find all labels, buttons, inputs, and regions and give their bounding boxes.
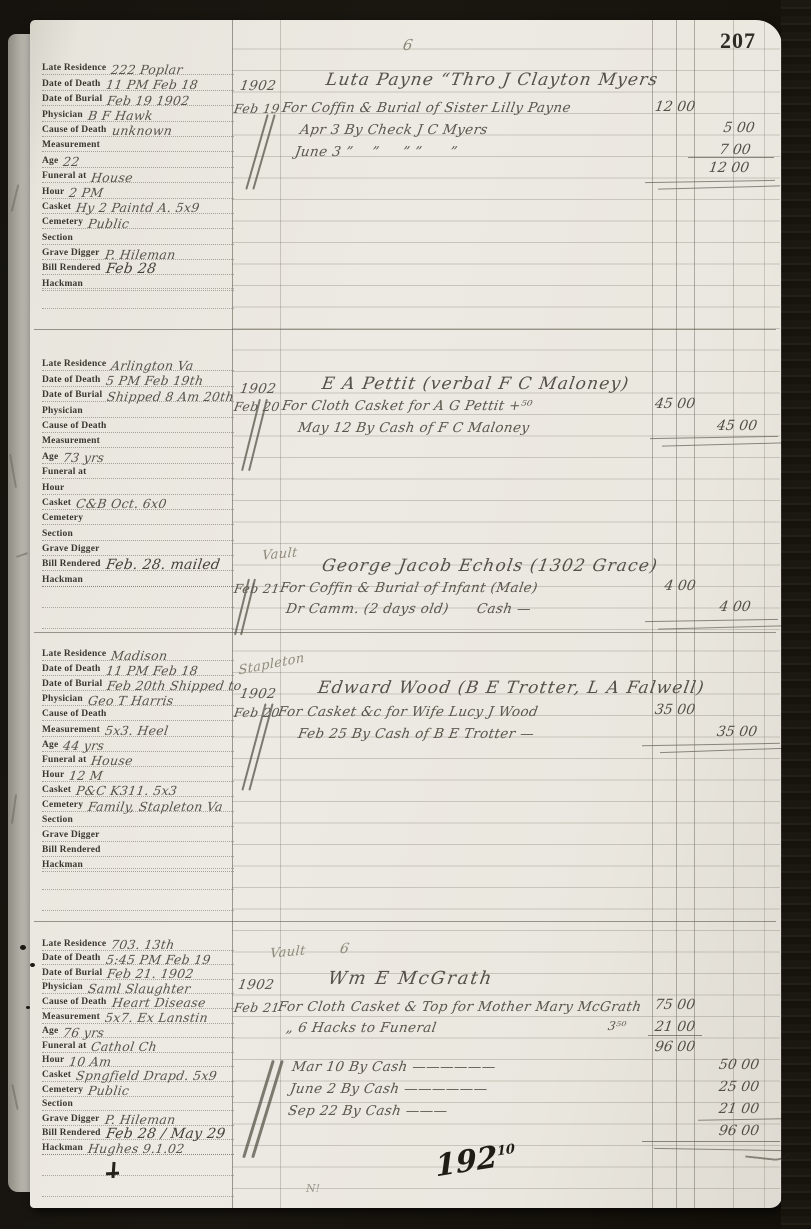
field-label: Date of Death bbox=[42, 375, 101, 386]
form-field-row: Cause of Death bbox=[42, 418, 234, 433]
credit-amount: 50 00 bbox=[711, 1058, 767, 1072]
entry-title: Edward Wood (B E Trotter, L A Falwell) bbox=[317, 680, 706, 697]
field-label: Hackman bbox=[42, 575, 83, 586]
form-field-row: Date of Death11 PM Feb 18 bbox=[42, 661, 234, 676]
field-label: Casket bbox=[42, 498, 71, 509]
credit-amount: 21 00 bbox=[711, 1102, 767, 1116]
field-label: Physician bbox=[42, 110, 83, 121]
form-field-row: Hour10 Am bbox=[42, 1053, 234, 1068]
field-label: Date of Death bbox=[42, 664, 101, 675]
form-field-row: CasketC&B Oct. 6x0 bbox=[42, 495, 234, 510]
entry-title: Luta Payne “Thro J Clayton Myers bbox=[325, 72, 660, 89]
field-label: Hackman bbox=[42, 1143, 83, 1154]
entry-line-desc: For Coffin & Burial of Sister Lilly Payn… bbox=[281, 102, 572, 116]
form-field-row: Grave Digger bbox=[42, 541, 234, 556]
form-field-row: Age73 yrs bbox=[42, 448, 234, 463]
ledger-page: 207 6 Late Residence222 Poplar Date of D… bbox=[30, 20, 782, 1208]
date-column-rule bbox=[280, 20, 281, 1208]
debit-amount: 12 00 bbox=[651, 100, 699, 114]
form-field-row: Section bbox=[42, 229, 234, 244]
rate-amount: 3⁵⁰ bbox=[607, 1020, 627, 1032]
credit-total: 96 00 bbox=[711, 1124, 767, 1138]
form-field-row: Bill RenderedFeb 28 bbox=[42, 260, 234, 275]
field-label: Casket bbox=[42, 785, 71, 796]
entry-line-desc: For Cloth Casket for A G Pettit +⁵⁰ bbox=[281, 400, 533, 414]
entry-line-desc: May 12 By Cash of F C Maloney bbox=[297, 422, 530, 436]
field-label: Late Residence bbox=[42, 939, 106, 950]
debit-amount: 75 00 bbox=[651, 998, 699, 1012]
field-label: Grave Digger bbox=[42, 544, 100, 555]
field-label: Bill Rendered bbox=[42, 559, 101, 570]
entry-line-desc: For Coffin & Burial of Infant (Male) bbox=[279, 582, 539, 596]
entry-line-desc: June 3 ” ” ” ” ” bbox=[294, 146, 458, 160]
form-field-row: Hour12 M bbox=[42, 767, 234, 782]
bleedthrough-mark bbox=[11, 794, 17, 824]
form-field-row: Hour bbox=[42, 479, 234, 494]
field-label: Date of Death bbox=[42, 79, 101, 90]
entry-line-desc: For Casket &c for Wife Lucy J Wood bbox=[277, 706, 539, 720]
form-field-row: Late ResidenceArlington Va bbox=[42, 356, 234, 371]
form-field-row: CasketHy 2 Paintd A. 5x9 bbox=[42, 199, 234, 214]
field-label: Funeral at bbox=[42, 755, 86, 766]
field-label: Bill Rendered bbox=[42, 1128, 101, 1139]
form-field-row: Date of BurialFeb 21. 1902 bbox=[42, 965, 234, 980]
form-field-row: Measurement5x3. Heel bbox=[42, 721, 234, 736]
form-field-row: Grave Digger bbox=[42, 827, 234, 842]
field-label: Hour bbox=[42, 187, 64, 198]
credit-total: 12 00 bbox=[701, 161, 757, 175]
form-field-row: PhysicianB F Hawk bbox=[42, 106, 234, 121]
field-label: Section bbox=[42, 529, 73, 540]
ink-blot bbox=[20, 945, 26, 950]
entry-year: 1902 bbox=[237, 979, 275, 993]
form-field-row: Date of Death5 PM Feb 19th bbox=[42, 371, 234, 386]
form-field-row: Section bbox=[42, 812, 234, 827]
blank-form-line bbox=[42, 628, 234, 629]
field-value: Feb 28 bbox=[105, 262, 157, 276]
field-label: Grave Digger bbox=[42, 1114, 100, 1125]
form-field-row: Age44 yrs bbox=[42, 737, 234, 752]
field-label: Age bbox=[42, 1026, 58, 1037]
field-label: Cemetery bbox=[42, 800, 83, 811]
entry-line-desc: Dr Camm. (2 days old) Cash — bbox=[285, 603, 532, 617]
debit-amount: 21 00 bbox=[651, 1020, 699, 1034]
form-field-row: Measurement5x7. Ex Lanstin bbox=[42, 1009, 234, 1024]
field-label: Measurement bbox=[42, 140, 100, 151]
subtotal-underline bbox=[648, 1035, 702, 1036]
form-field-row: PhysicianSaml Slaughter bbox=[42, 980, 234, 995]
field-label: Hackman bbox=[42, 279, 83, 290]
bleedthrough-mark bbox=[11, 184, 20, 212]
record-form-pettit: Late ResidenceArlington Va Date of Death… bbox=[42, 356, 234, 587]
entry-title: E A Pettit (verbal F C Maloney) bbox=[321, 376, 631, 393]
field-label: Funeral at bbox=[42, 171, 86, 182]
bleedthrough-mark bbox=[16, 552, 28, 558]
form-field-row: Late Residence222 Poplar bbox=[42, 60, 234, 75]
entry-line-desc: Feb 25 By Cash of B E Trotter — bbox=[297, 728, 535, 742]
field-value: Feb. 28. mailed bbox=[105, 558, 221, 572]
form-field-row: Section bbox=[42, 1097, 234, 1112]
bottom-total-cents: 10 bbox=[497, 1142, 516, 1160]
form-field-row: CemeteryFamily, Stapleton Va bbox=[42, 797, 234, 812]
form-field-row: Hour2 PM bbox=[42, 183, 234, 198]
entry-line-desc: For Cloth Casket & Top for Mother Mary M… bbox=[277, 1001, 642, 1015]
field-label: Bill Rendered bbox=[42, 263, 101, 274]
form-field-row: Cause of Death bbox=[42, 706, 234, 721]
credit-amount: 25 00 bbox=[711, 1080, 767, 1094]
field-label: Cemetery bbox=[42, 513, 83, 524]
form-field-row: CasketP&C K311. 5x3 bbox=[42, 782, 234, 797]
entry-line-desc: Sep 22 By Cash ——— bbox=[287, 1105, 449, 1119]
field-label: Grave Digger bbox=[42, 248, 100, 259]
credit-amount: 35 00 bbox=[709, 725, 765, 739]
debit-amount: 35 00 bbox=[651, 703, 699, 717]
form-field-row: Hackman bbox=[42, 275, 234, 290]
field-label: Age bbox=[42, 452, 58, 463]
record-form-wood: Late ResidenceMadison Date of Death11 PM… bbox=[42, 646, 234, 872]
blank-form-line bbox=[42, 910, 234, 911]
entry-title: Wm E McGrath bbox=[327, 970, 495, 988]
field-label: Section bbox=[42, 815, 73, 826]
faint-margin-mark: N! bbox=[306, 1182, 320, 1195]
field-label: Age bbox=[42, 740, 58, 751]
bleedthrough-mark bbox=[11, 1084, 18, 1110]
form-field-row: Age76 yrs bbox=[42, 1024, 234, 1039]
field-label: Age bbox=[42, 156, 58, 167]
form-field-row: Late ResidenceMadison bbox=[42, 646, 234, 661]
form-field-row: Cause of Deathunknown bbox=[42, 122, 234, 137]
field-label: Hackman bbox=[42, 860, 83, 871]
ink-blot bbox=[30, 963, 35, 967]
form-field-row: Funeral atHouse bbox=[42, 168, 234, 183]
record-separator bbox=[34, 921, 776, 922]
field-label: Measurement bbox=[42, 436, 100, 447]
blank-form-line bbox=[42, 889, 234, 890]
field-label: Date of Burial bbox=[42, 968, 102, 979]
field-label: Date of Burial bbox=[42, 390, 102, 401]
page-number: 207 bbox=[720, 28, 756, 54]
form-field-row: Date of BurialFeb 19 1902 bbox=[42, 91, 234, 106]
form-field-row: Date of Death5:45 PM Feb 19 bbox=[42, 951, 234, 966]
field-label: Hour bbox=[42, 483, 64, 494]
blank-form-line bbox=[42, 607, 234, 608]
form-field-row: Funeral atCathol Ch bbox=[42, 1038, 234, 1053]
field-value: Hughes 9.1.02 bbox=[87, 1143, 185, 1156]
field-label: Cause of Death bbox=[42, 421, 107, 432]
credit-amount: 7 00 bbox=[707, 143, 763, 157]
field-label: Date of Burial bbox=[42, 94, 102, 105]
field-label: Late Residence bbox=[42, 359, 106, 370]
debit-amount: 4 00 bbox=[659, 579, 701, 593]
record-form-payne: Late Residence222 Poplar Date of Death11… bbox=[42, 60, 234, 291]
field-label: Cause of Death bbox=[42, 997, 107, 1008]
field-label: Casket bbox=[42, 1070, 71, 1081]
entry-line-date: Feb 21 bbox=[233, 583, 281, 596]
total-underline bbox=[688, 157, 774, 158]
form-field-row: CasketSpngfield Drapd. 5x9 bbox=[42, 1067, 234, 1082]
credit-amount: 5 00 bbox=[711, 121, 767, 135]
form-field-row: Date of BurialShipped 8 Am 20th bbox=[42, 387, 234, 402]
field-label: Physician bbox=[42, 694, 83, 705]
form-field-row: Measurement bbox=[42, 433, 234, 448]
blank-form-line bbox=[42, 1175, 234, 1176]
form-field-row: Bill RenderedFeb. 28. mailed bbox=[42, 556, 234, 571]
entry-line-desc: June 2 By Cash —————— bbox=[289, 1083, 489, 1097]
ink-blot bbox=[26, 1006, 30, 1009]
entry-line-date: Feb 21 bbox=[233, 1002, 281, 1015]
record-separator bbox=[34, 329, 776, 330]
field-label: Cause of Death bbox=[42, 125, 107, 136]
field-label: Bill Rendered bbox=[42, 845, 101, 856]
form-field-row: PhysicianGeo T Harris bbox=[42, 691, 234, 706]
vault-pencil-note: Vault bbox=[262, 546, 298, 562]
form-field-row: CemeteryPublic bbox=[42, 214, 234, 229]
blank-form-line bbox=[42, 1196, 234, 1197]
form-field-row: Age22 bbox=[42, 152, 234, 167]
entry-year: 1902 bbox=[239, 383, 277, 397]
field-label: Section bbox=[42, 1099, 73, 1110]
field-label: Date of Death bbox=[42, 953, 101, 964]
field-label: Measurement bbox=[42, 1012, 100, 1023]
form-field-row: Hackman bbox=[42, 571, 234, 586]
form-field-row: Physician bbox=[42, 402, 234, 417]
entry-year: 1902 bbox=[239, 688, 277, 702]
form-field-row: Bill Rendered bbox=[42, 842, 234, 857]
entry-title: George Jacob Echols (1302 Grace) bbox=[321, 558, 659, 575]
record-separator bbox=[34, 632, 776, 633]
field-label: Measurement bbox=[42, 725, 100, 736]
form-field-row: Funeral atHouse bbox=[42, 752, 234, 767]
form-field-row: Date of BurialFeb 20th Shipped to bbox=[42, 676, 234, 691]
form-field-row: Date of Death11 PM Feb 18 bbox=[42, 75, 234, 90]
form-field-row: Hackman bbox=[42, 857, 234, 872]
field-label: Hour bbox=[42, 1055, 64, 1066]
field-label: Late Residence bbox=[42, 649, 106, 660]
record-form-mcgrath: Late Residence703. 13th Date of Death5:4… bbox=[42, 936, 234, 1155]
field-label: Late Residence bbox=[42, 63, 106, 74]
book-binding-edge bbox=[781, 0, 811, 1229]
credit-amount: 45 00 bbox=[709, 419, 765, 433]
vault-pencil-note: Vault bbox=[270, 944, 306, 960]
form-field-row: Late Residence703. 13th bbox=[42, 936, 234, 951]
field-label: Funeral at bbox=[42, 467, 86, 478]
form-field-row: Bill RenderedFeb 28 / May 29 bbox=[42, 1126, 234, 1141]
entry-line-date: Feb 20 bbox=[233, 707, 281, 720]
form-field-row: Measurement bbox=[42, 137, 234, 152]
field-label: Casket bbox=[42, 202, 71, 213]
field-label: Physician bbox=[42, 982, 83, 993]
scanned-ledger-scene: { "page": { "number": "207", "top_pencil… bbox=[0, 0, 811, 1229]
entry-line-desc: Apr 3 By Check J C Myers bbox=[299, 124, 489, 138]
debit-amount: 45 00 bbox=[651, 397, 699, 411]
form-field-row: HackmanHughes 9.1.02 bbox=[42, 1140, 234, 1155]
field-label: Funeral at bbox=[42, 1041, 86, 1052]
entry-line-desc: „ 6 Hacks to Funeral bbox=[285, 1022, 437, 1036]
blank-form-line bbox=[42, 308, 234, 309]
form-field-row: CemeteryPublic bbox=[42, 1082, 234, 1097]
previous-page-edge bbox=[8, 34, 32, 1192]
entry-year: 1902 bbox=[239, 80, 277, 94]
form-field-row: Cemetery bbox=[42, 510, 234, 525]
field-label: Date of Burial bbox=[42, 679, 102, 690]
form-field-row: Grave DiggerP. Hileman bbox=[42, 1111, 234, 1126]
debit-subtotal: 96 00 bbox=[651, 1040, 699, 1054]
field-label: Cemetery bbox=[42, 217, 83, 228]
field-label: Cause of Death bbox=[42, 709, 107, 720]
bleedthrough-mark bbox=[9, 454, 17, 488]
field-label: Grave Digger bbox=[42, 830, 100, 841]
entry-line-desc: Mar 10 By Cash —————— bbox=[291, 1061, 497, 1075]
field-label: Hour bbox=[42, 770, 64, 781]
credit-amount: 4 00 bbox=[709, 600, 761, 614]
form-field-row: Cause of DeathHeart Disease bbox=[42, 994, 234, 1009]
form-field-row: Grave DiggerP. Hileman bbox=[42, 245, 234, 260]
margin-rule bbox=[764, 20, 765, 1208]
field-label: Section bbox=[42, 233, 73, 244]
field-value: Feb 28 / May 29 bbox=[105, 1127, 226, 1141]
field-label: Cemetery bbox=[42, 1085, 83, 1096]
form-field-row: Section bbox=[42, 525, 234, 540]
field-label: Physician bbox=[42, 406, 83, 417]
form-field-row: Funeral at bbox=[42, 464, 234, 479]
